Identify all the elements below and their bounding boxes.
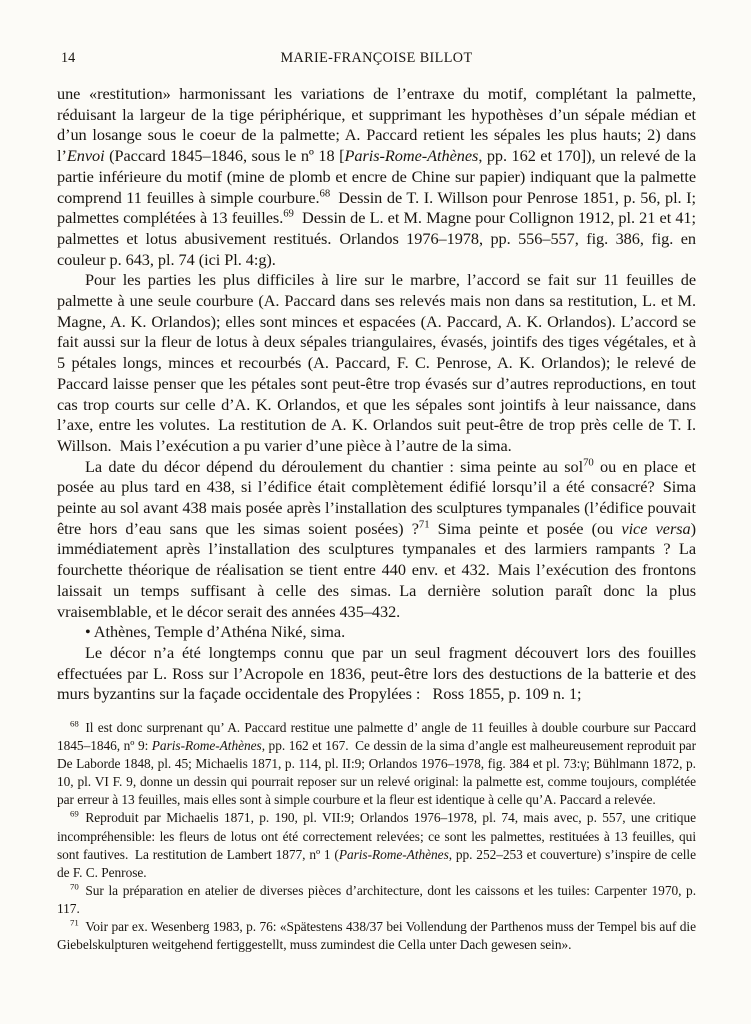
text-run: Voir par ex. Wesenberg 1983, p. 76: «Spä… [57, 919, 696, 952]
text-run: Sima peinte et posée (ou [430, 519, 622, 538]
footnote-ref-number: 69 [70, 809, 79, 819]
text-run: (Paccard 1845–1846, sous le nº 18 [ [105, 146, 345, 165]
italic-text: Paris-Rome-Athènes [152, 738, 262, 753]
text-run: Sur la préparation en atelier de diverse… [57, 883, 696, 916]
italic-text: vice versa [621, 519, 690, 538]
text-run: Pour les parties les plus difficiles à l… [57, 270, 696, 455]
italic-text: Envoi [67, 146, 105, 165]
footnote-ref-number: 71 [70, 918, 79, 928]
body-text: une «restitution» harmonissant les varia… [57, 84, 696, 705]
document-page: 14 MARIE-FRANÇOISE BILLOT une «restituti… [0, 0, 751, 1024]
footnote-69: 69 Reproduit par Michaelis 1871, p. 190,… [57, 809, 696, 881]
text-run: Le décor n’a été longtemps connu que par… [57, 643, 696, 703]
running-header: 14 MARIE-FRANÇOISE BILLOT [57, 50, 696, 66]
footnote-ref-number: 71 [419, 518, 430, 530]
footnote-ref-number: 68 [70, 719, 79, 729]
footnote-68: 68 Il est donc surprenant qu’ A. Paccard… [57, 719, 696, 809]
page-number: 14 [61, 50, 75, 66]
paragraph-3: La date du décor dépend du déroulement d… [57, 457, 696, 623]
footnote-71: 71 Voir par ex. Wesenberg 1983, p. 76: «… [57, 918, 696, 954]
footnote-ref-number: 70 [583, 456, 594, 468]
running-head-author: MARIE-FRANÇOISE BILLOT [57, 50, 696, 66]
text-run: La date du décor dépend du déroulement d… [85, 457, 583, 476]
text-run: • Athènes, Temple d’Athéna Niké, sima. [85, 622, 345, 641]
footnotes: 68 Il est donc surprenant qu’ A. Paccard… [57, 719, 696, 954]
paragraph-5: Le décor n’a été longtemps connu que par… [57, 643, 696, 705]
footnote-70: 70 Sur la préparation en atelier de dive… [57, 882, 696, 918]
paragraph-2: Pour les parties les plus difficiles à l… [57, 270, 696, 456]
footnote-ref-number: 70 [70, 881, 79, 891]
paragraph-1: une «restitution» harmonissant les varia… [57, 84, 696, 270]
footnote-ref-number: 69 [283, 208, 294, 220]
paragraph-bullet: • Athènes, Temple d’Athéna Niké, sima. [57, 622, 696, 643]
footnote-ref-number: 68 [320, 187, 331, 199]
italic-text: Paris-Rome-Athènes [339, 847, 449, 862]
italic-text: Paris-Rome-Athènes [344, 146, 478, 165]
